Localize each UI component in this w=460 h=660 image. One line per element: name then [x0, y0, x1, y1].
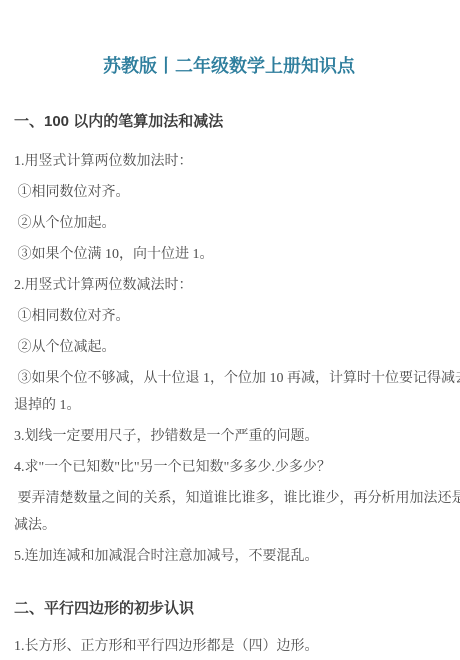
paragraph-1-10: 4.求"一个已知数"比"另一个已知数"多多少.少多少？: [14, 454, 444, 481]
paragraph-1-2: ①相同数位对齐。: [14, 179, 444, 206]
paragraph-1-6: ①相同数位对齐。: [14, 303, 444, 330]
paragraph-1-11-line-1: 要弄清楚数量之间的关系，知道谁比谁多，谁比谁少，再分析用加法还是: [14, 485, 444, 512]
paragraph-1-8-line-1: ③如果个位不够减，从十位退 1，个位加 10 再减，计算时十位要记得减去: [14, 365, 444, 392]
paragraph-1-8: ③如果个位不够减，从十位退 1，个位加 10 再减，计算时十位要记得减去退掉的 …: [14, 365, 444, 419]
paragraph-1-7: ②从个位减起。: [14, 334, 444, 361]
paragraph-1-4: ③如果个位满 10，向十位进 1。: [14, 241, 444, 268]
document-page: 苏教版丨二年级数学上册知识点 一、100 以内的笔算加法和减法 1.用竖式计算两…: [0, 0, 460, 660]
paragraph-1-12: 5.连加连减和加减混合时注意加减号，不要混乱。: [14, 543, 444, 570]
page-title: 苏教版丨二年级数学上册知识点: [14, 55, 444, 77]
section-addition-subtraction: 一、100 以内的笔算加法和减法 1.用竖式计算两位数加法时： ①相同数位对齐。…: [14, 112, 444, 570]
paragraph-1-5: 2.用竖式计算两位数减法时：: [14, 272, 444, 299]
section-2-heading: 二、平行四边形的初步认识: [14, 599, 444, 619]
section-parallelogram: 二、平行四边形的初步认识 1.长方形、正方形和平行四边形都是（四）边形。: [14, 599, 444, 660]
paragraph-2-1: 1.长方形、正方形和平行四边形都是（四）边形。: [14, 633, 444, 660]
paragraph-1-8-line-2: 退掉的 1。: [14, 392, 444, 419]
paragraph-1-9: 3.划线一定要用尺子，抄错数是一个严重的问题。: [14, 423, 444, 450]
paragraph-1-11: 要弄清楚数量之间的关系，知道谁比谁多，谁比谁少，再分析用加法还是减法。: [14, 485, 444, 539]
paragraph-1-1: 1.用竖式计算两位数加法时：: [14, 148, 444, 175]
paragraph-1-3: ②从个位加起。: [14, 210, 444, 237]
paragraph-1-11-line-2: 减法。: [14, 512, 444, 539]
section-1-heading: 一、100 以内的笔算加法和减法: [14, 112, 444, 132]
